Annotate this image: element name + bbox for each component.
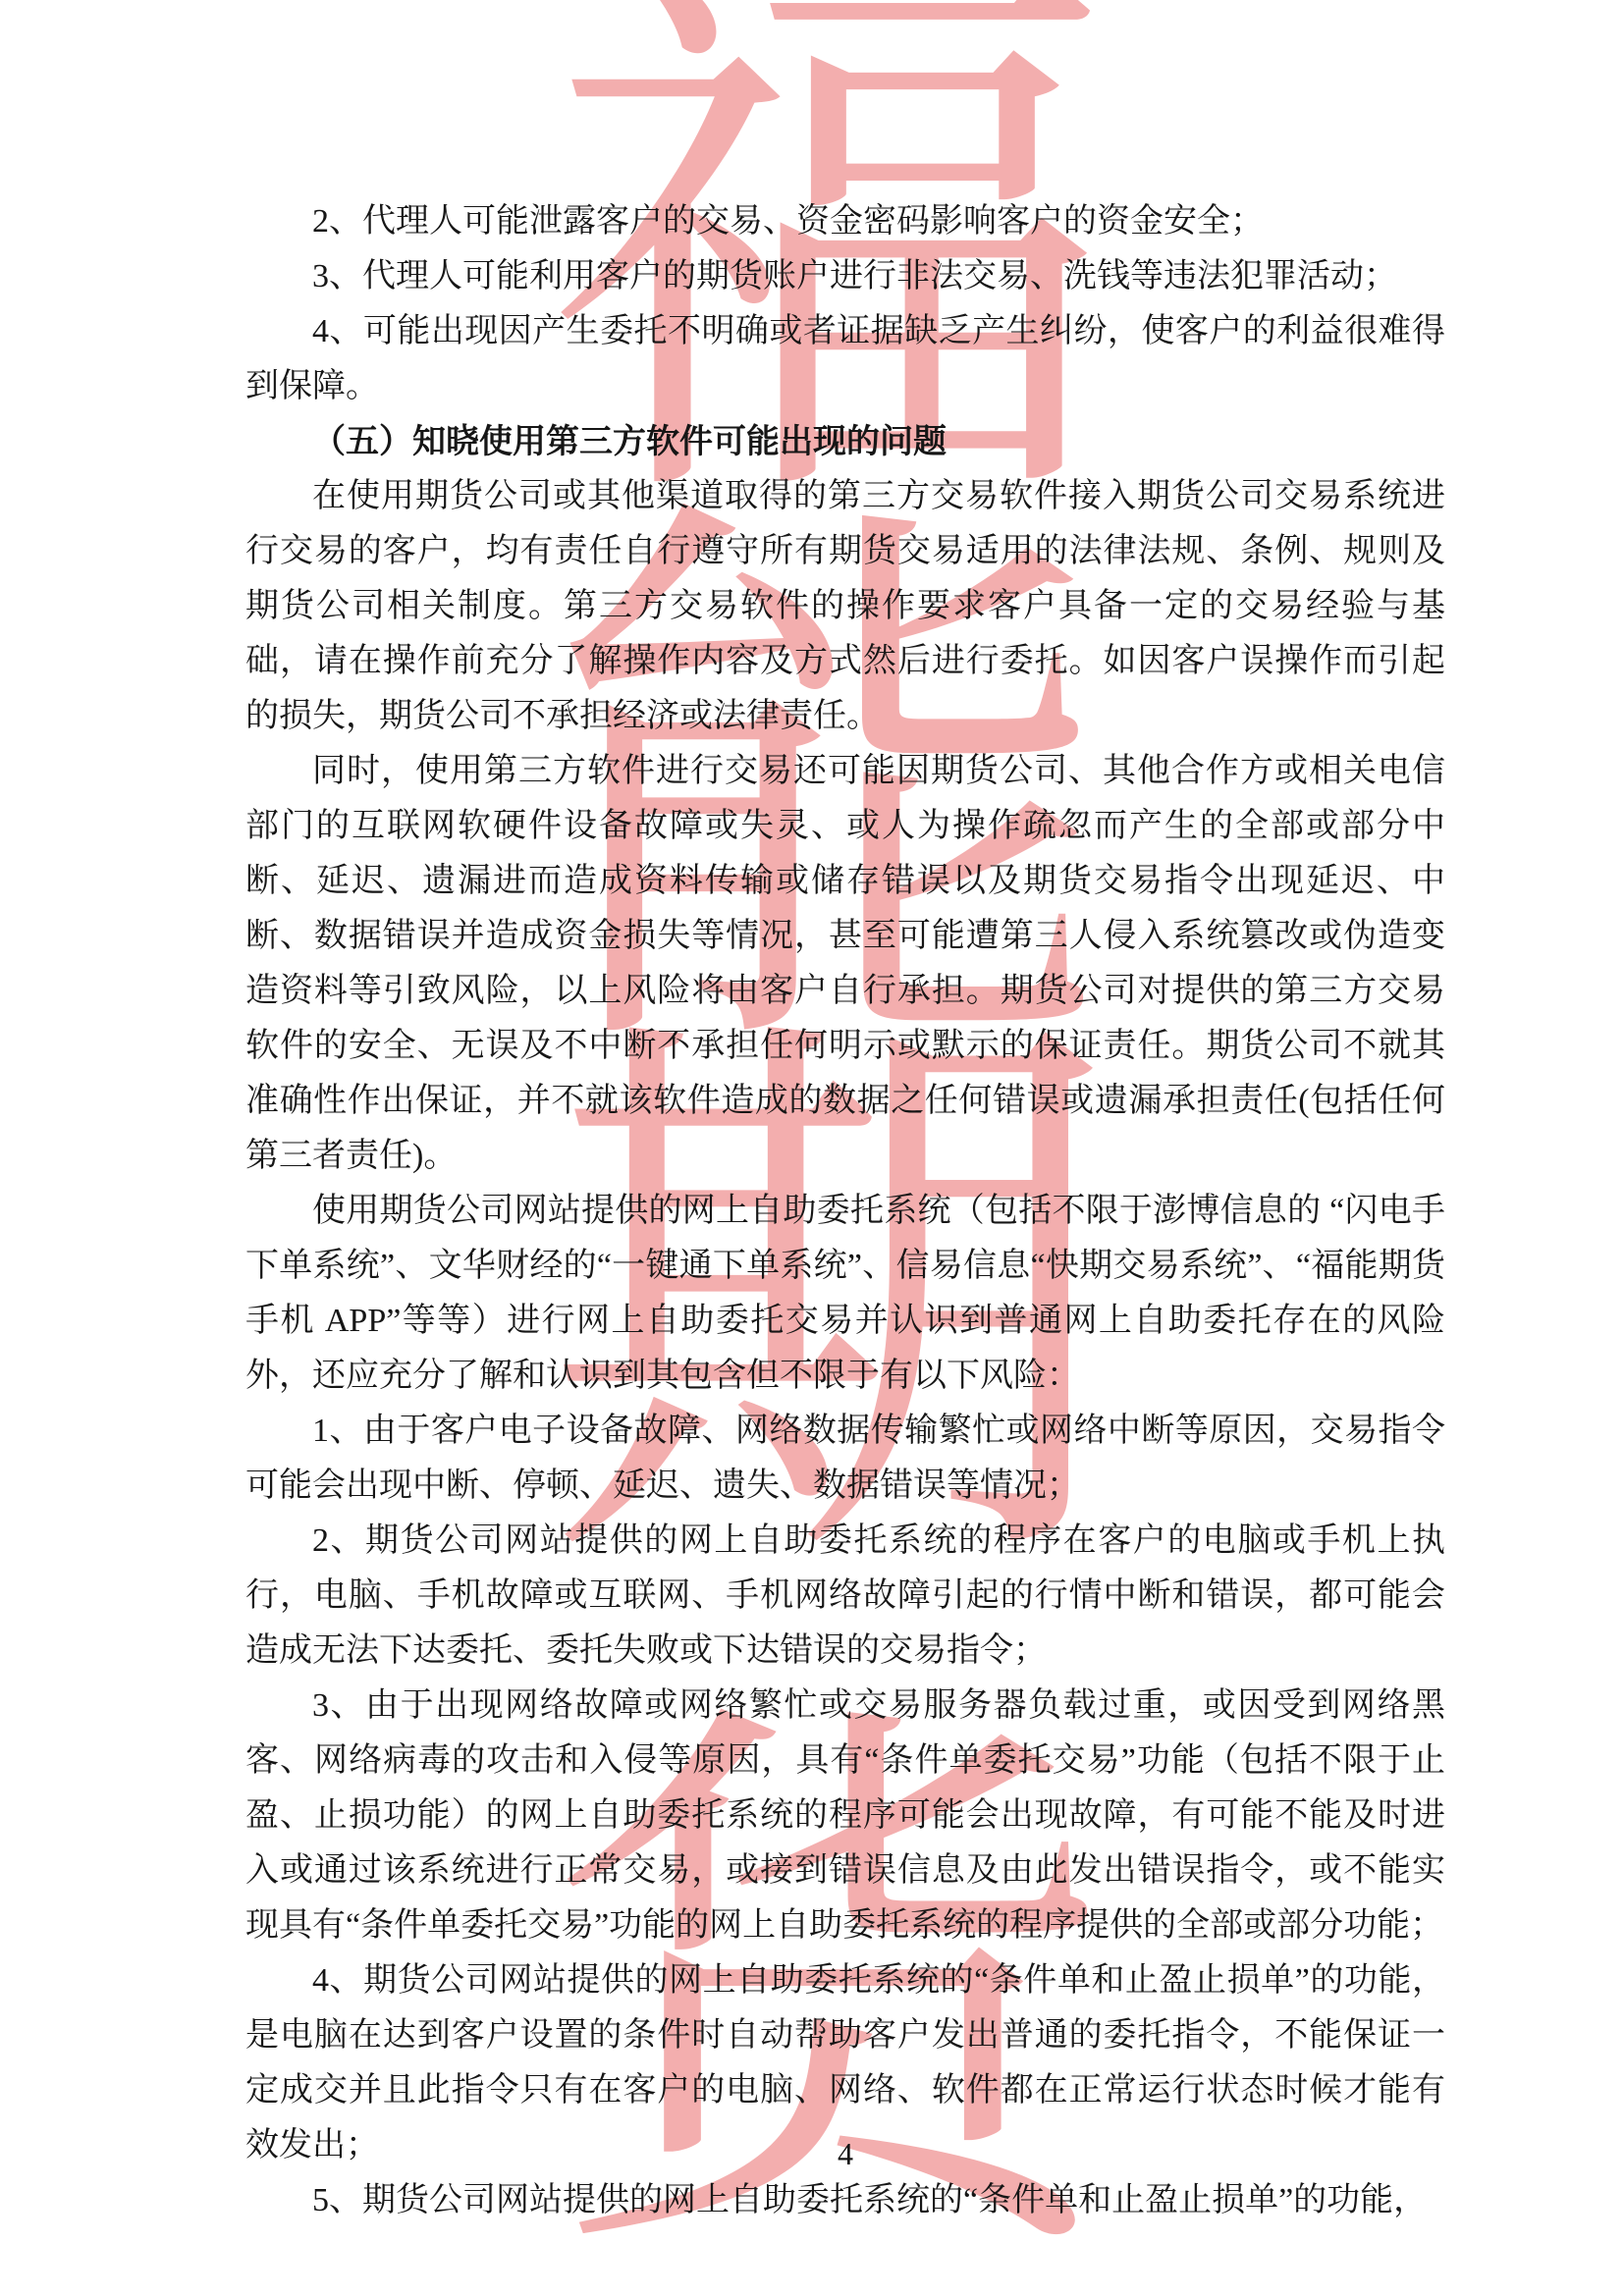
risk-item-1: 1、由于客户电子设备故障、网络数据传输繁忙或网络中断等原因，交易指令可能会出现中… bbox=[245, 1404, 1445, 1514]
section-heading: （五）知晓使用第三方软件可能出现的问题 bbox=[245, 414, 1445, 469]
numbered-item-4: 4、可能出现因产生委托不明确或者证据缺乏产生纠纷，使客户的利益很难得到保障。 bbox=[245, 304, 1445, 414]
risk-item-5: 5、期货公司网站提供的网上自助委托系统的“条件单和止盈止损单”的功能， bbox=[245, 2173, 1445, 2228]
numbered-item-3: 3、代理人可能利用客户的期货账户进行非法交易、洗钱等违法犯罪活动； bbox=[245, 249, 1445, 304]
risk-item-3: 3、由于出现网络故障或网络繁忙或交易服务器负载过重，或因受到网络黑客、网络病毒的… bbox=[245, 1679, 1445, 1953]
document-body: 2、代理人可能泄露客户的交易、资金密码影响客户的资金安全； 3、代理人可能利用客… bbox=[245, 194, 1445, 2228]
paragraph: 同时，使用第三方软件进行交易还可能因期货公司、其他合作方或相关电信部门的互联网软… bbox=[245, 744, 1445, 1184]
paragraph: 使用期货公司网站提供的网上自助委托系统（包括不限于澎博信息的 “闪电手下单系统”… bbox=[245, 1184, 1445, 1404]
paragraph: 在使用期货公司或其他渠道取得的第三方交易软件接入期货公司交易系统进行交易的客户，… bbox=[245, 469, 1445, 744]
risk-item-2: 2、期货公司网站提供的网上自助委托系统的程序在客户的电脑或手机上执行，电脑、手机… bbox=[245, 1514, 1445, 1679]
numbered-item-2: 2、代理人可能泄露客户的交易、资金密码影响客户的资金安全； bbox=[245, 194, 1445, 249]
page-number: 4 bbox=[245, 2136, 1445, 2172]
